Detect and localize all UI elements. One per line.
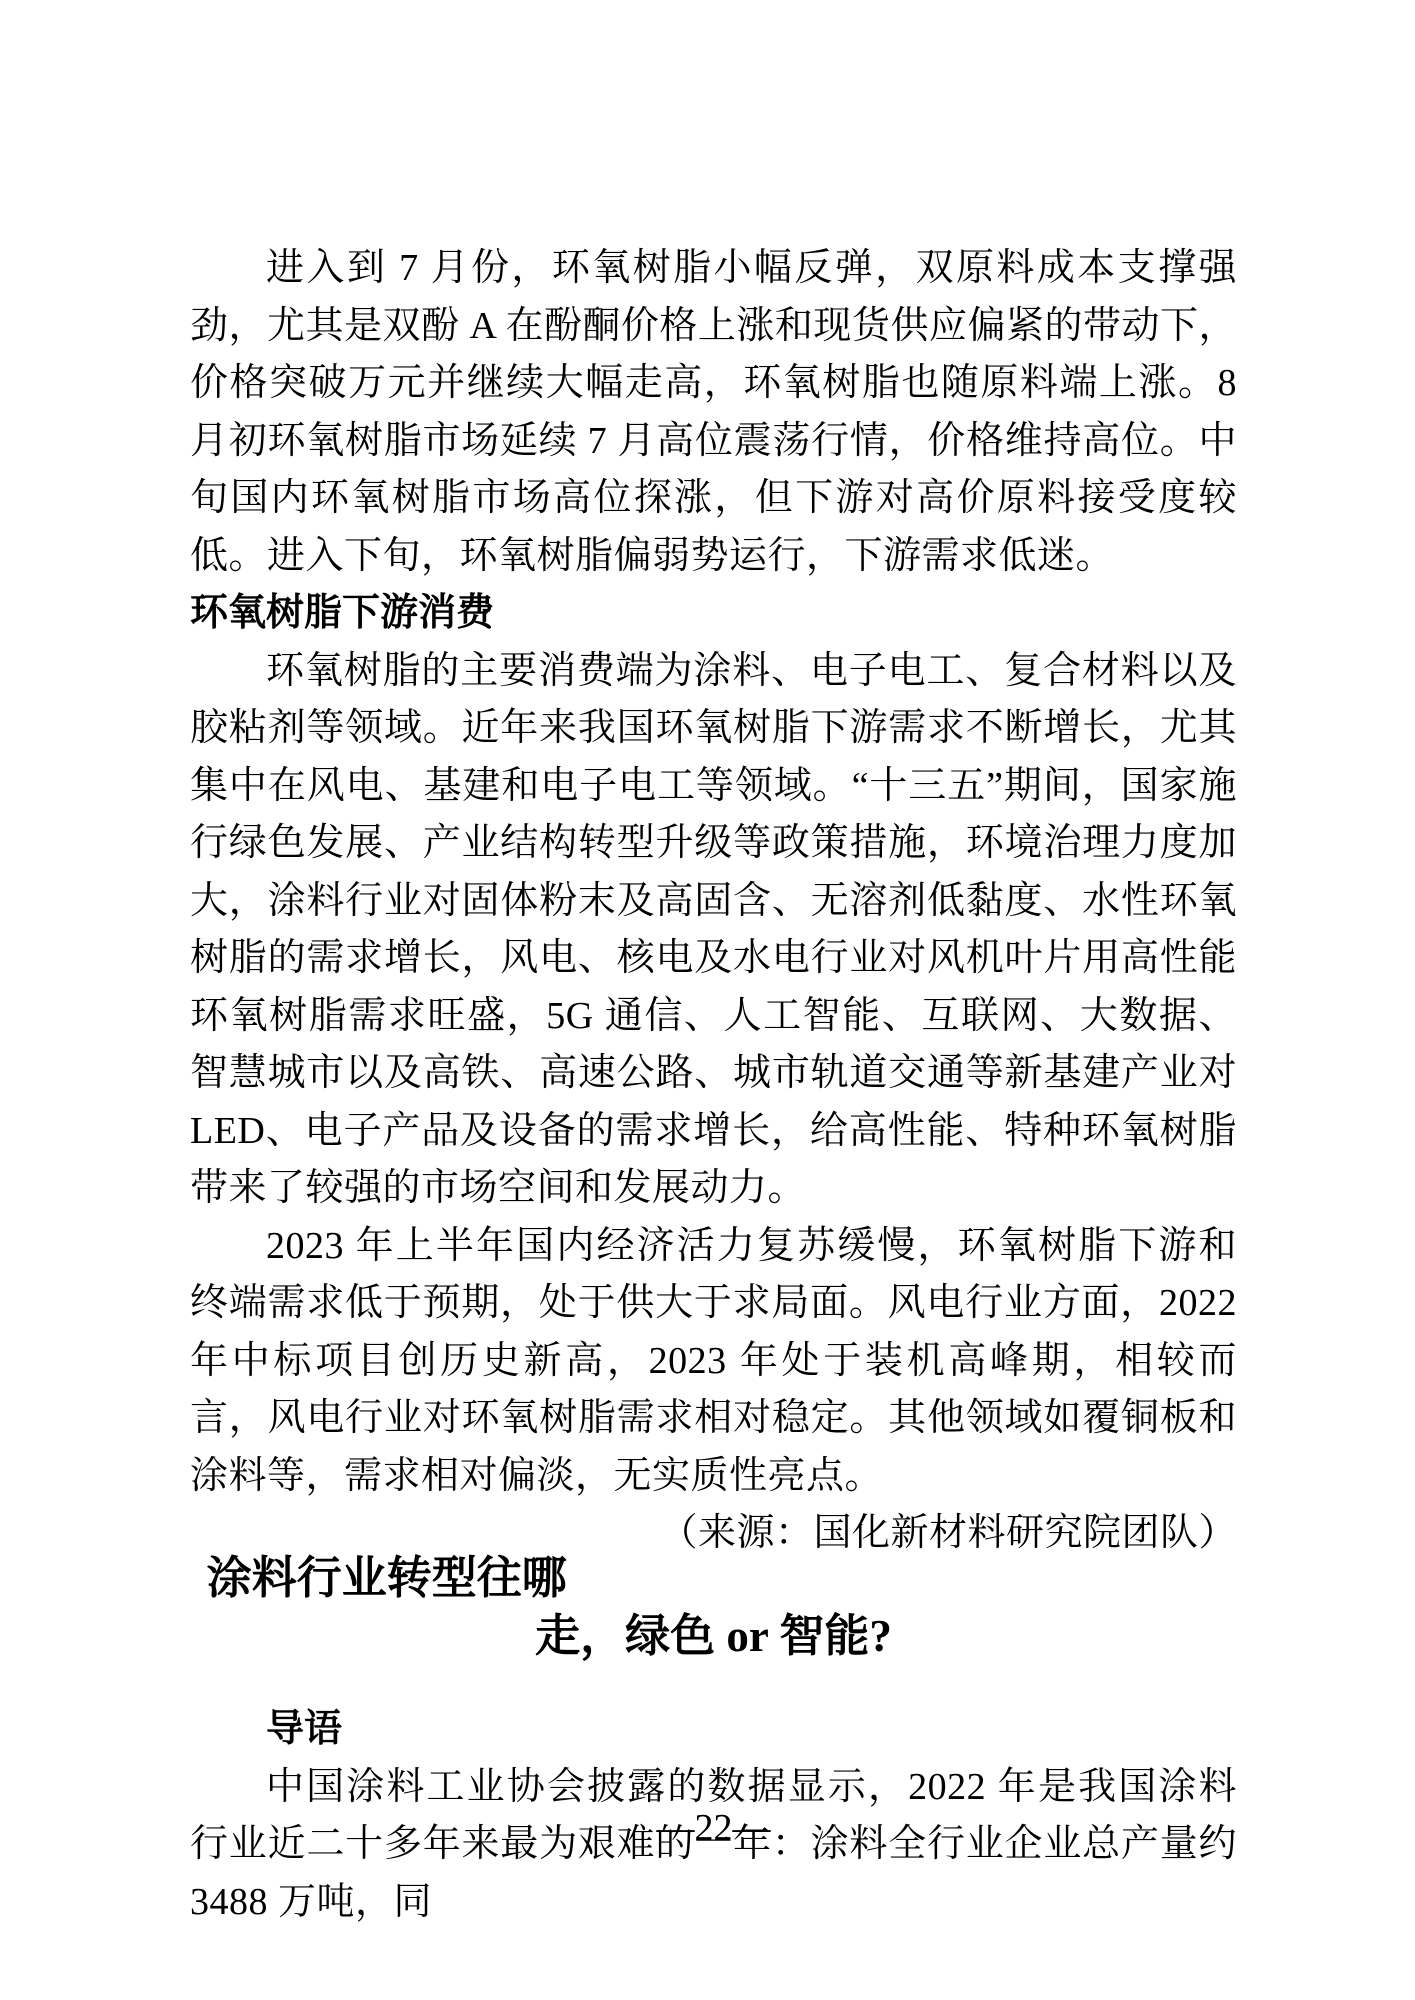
paragraph-epoxy-market-review: 进入到 7 月份，环氧树脂小幅反弹，双原料成本支撑强劲，尤其是双酚 A 在酚酮价… <box>190 240 1237 585</box>
paragraph-2023-outlook-text: 2023 年上半年国内经济活力复苏缓慢，环氧树脂下游和终端需求低于预期，处于供大… <box>190 1225 1237 1497</box>
document-page: 进入到 7 月份，环氧树脂小幅反弹，双原料成本支撑强劲，尤其是双酚 A 在酚酮价… <box>0 0 1415 2000</box>
heading-lead-in: 导语 <box>190 1701 1237 1759</box>
page-content: 进入到 7 月份，环氧树脂小幅反弹，双原料成本支撑强劲，尤其是双酚 A 在酚酮价… <box>190 240 1237 1931</box>
source-attribution: （来源：国化新材料研究院团队） <box>583 1505 1237 1563</box>
page-number: —22— <box>190 1806 1237 1850</box>
article-title-coatings-transition: 涂料行业转型往哪走，绿色 or 智能? <box>190 1549 1237 1665</box>
heading-epoxy-downstream-consumption: 环氧树脂下游消费 <box>190 585 1237 643</box>
paragraph-downstream-demand: 环氧树脂的主要消费端为涂料、电子电工、复合材料以及胶粘剂等领域。近年来我国环氧树… <box>190 643 1237 1218</box>
paragraph-2023-outlook: 2023 年上半年国内经济活力复苏缓慢，环氧树脂下游和终端需求低于预期，处于供大… <box>190 1218 1237 1506</box>
